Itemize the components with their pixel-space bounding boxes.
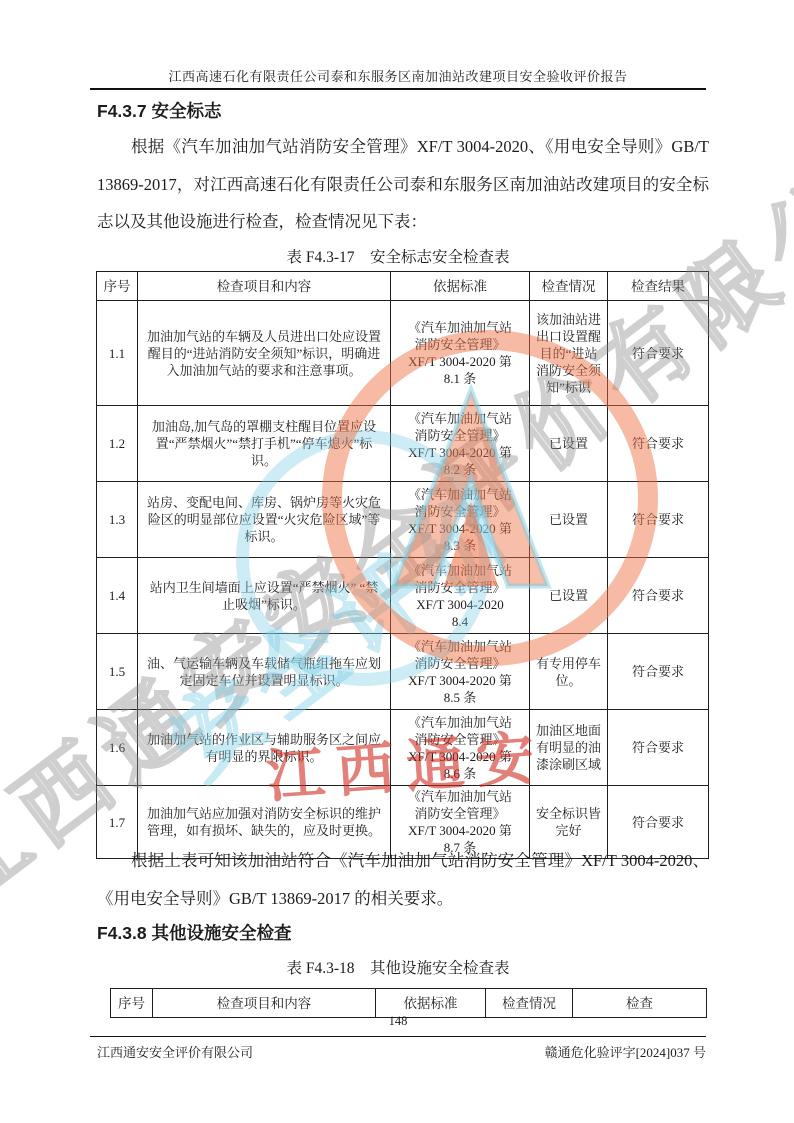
cell-no: 1.2: [97, 406, 138, 482]
cell-situation: 已设置: [530, 406, 608, 482]
cell-result: 符合要求: [608, 710, 709, 786]
col-header-situation: 检查情况: [530, 272, 608, 301]
footer-document-code: 赣通危化验评字[2024]037 号: [90, 1042, 706, 1061]
col-header-item: 检查项目和内容: [138, 272, 391, 301]
page-number: 148: [90, 1014, 706, 1029]
col-header-no: 序号: [97, 272, 138, 301]
table-row: 1.1 加油加气站的车辆及人员进出口处应设置醒目的“进站消防安全须知”标识，明确…: [97, 301, 709, 406]
report-page: 江西高速石化有限责任公司泰和东服务区南加油站改建项目安全验收评价报告 F4.3.…: [0, 0, 794, 1123]
safety-sign-check-table: 序号 检查项目和内容 依据标准 检查情况 检查结果 1.1 加油加气站的车辆及人…: [96, 271, 709, 859]
cell-standard: 《汽车加油加气站 消防安全管理》 XF/T 3004-2020 第 8.6 条: [391, 710, 530, 786]
cell-situation: 有专用停车位。: [530, 634, 608, 710]
cell-result: 符合要求: [608, 482, 709, 558]
section-heading-f438: F4.3.8 其他设施安全检查: [97, 920, 291, 945]
cell-standard: 《汽车加油加气站 消防安全管理》 XF/T 3004-2020 第 8.5 条: [391, 634, 530, 710]
table-row: 1.3 站房、变配电间、库房、锅炉房等火灾危险区的明显部位应设置“火灾危险区域”…: [97, 482, 709, 558]
cell-item: 加油加气站的车辆及人员进出口处应设置醒目的“进站消防安全须知”标识，明确进入加油…: [138, 301, 391, 406]
section-heading-f437: F4.3.7 安全标志: [97, 98, 221, 123]
cell-standard: 《汽车加油加气站 消防安全管理》 XF/T 3004-2020 第 8.1 条: [391, 301, 530, 406]
cell-situation: 加油区地面有明显的油漆涂刷区域: [530, 710, 608, 786]
col-header-standard: 依据标准: [391, 272, 530, 301]
footer-rule: [90, 1036, 706, 1037]
table-row: 1.2 加油岛,加气岛的罩棚支柱醒目位置应设置“严禁烟火”“禁打手机”“停车熄火…: [97, 406, 709, 482]
cell-standard: 《汽车加油加气站 消防安全管理》 XF/T 3004-2020 第 8.2 条: [391, 406, 530, 482]
cell-item: 油、气运输车辆及车载储气瓶组拖车应划定固定车位并设置明显标识。: [138, 634, 391, 710]
cell-no: 1.1: [97, 301, 138, 406]
page-header-title: 江西高速石化有限责任公司泰和东服务区南加油站改建项目安全验收评价报告: [90, 66, 706, 85]
cell-item: 站内卫生间墙面上应设置“严禁烟火” “禁止吸烟”标识。: [138, 558, 391, 634]
table1-caption: 表 F4.3-17 安全标志安全检查表: [90, 245, 706, 267]
cell-result: 符合要求: [608, 406, 709, 482]
cell-no: 1.3: [97, 482, 138, 558]
cell-no: 1.4: [97, 558, 138, 634]
cell-result: 符合要求: [608, 301, 709, 406]
table-row: 1.6 加油加气站的作业区与辅助服务区之间应有明显的界限标识。 《汽车加油加气站…: [97, 710, 709, 786]
cell-situation: 已设置: [530, 558, 608, 634]
table-header-row: 序号 检查项目和内容 依据标准 检查情况 检查结果: [97, 272, 709, 301]
cell-item: 站房、变配电间、库房、锅炉房等火灾危险区的明显部位应设置“火灾危险区域”等标识。: [138, 482, 391, 558]
intro-paragraph: 根据《汽车加油加气站消防安全管理》XF/T 3004-2020、《用电安全导则》…: [97, 128, 709, 241]
cell-item: 加油岛,加气岛的罩棚支柱醒目位置应设置“严禁烟火”“禁打手机”“停车熄火”标识。: [138, 406, 391, 482]
cell-item: 加油加气站的作业区与辅助服务区之间应有明显的界限标识。: [138, 710, 391, 786]
cell-situation: 已设置: [530, 482, 608, 558]
table-row: 1.4 站内卫生间墙面上应设置“严禁烟火” “禁止吸烟”标识。 《汽车加油加气站…: [97, 558, 709, 634]
cell-no: 1.6: [97, 710, 138, 786]
closing-paragraph: 根据上表可知该加油站符合《汽车加油加气站消防安全管理》XF/T 3004-202…: [97, 842, 709, 917]
header-rule: [90, 88, 706, 90]
cell-standard: 《汽车加油加气站 消防安全管理》 XF/T 3004-2020 8.4: [391, 558, 530, 634]
table-row: 1.5 油、气运输车辆及车载储气瓶组拖车应划定固定车位并设置明显标识。 《汽车加…: [97, 634, 709, 710]
col-header-result: 检查结果: [608, 272, 709, 301]
cell-no: 1.5: [97, 634, 138, 710]
cell-situation: 该加油站进出口设置醒目的“进站消防安全须知”标识: [530, 301, 608, 406]
table2-caption: 表 F4.3-18 其他设施安全检查表: [90, 956, 706, 978]
cell-result: 符合要求: [608, 558, 709, 634]
cell-result: 符合要求: [608, 634, 709, 710]
cell-standard: 《汽车加油加气站 消防安全管理》 XF/T 3004-2020 第 8.3 条: [391, 482, 530, 558]
